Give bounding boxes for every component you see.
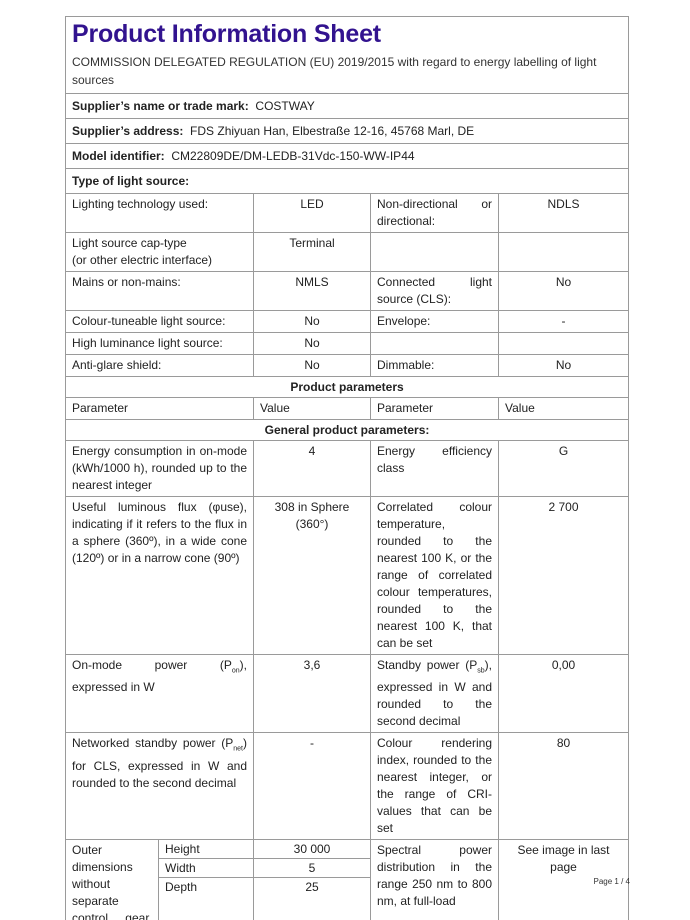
header-block: Product Information Sheet COMMISSION DEL…	[66, 17, 628, 94]
light-source-value: LED	[254, 194, 371, 233]
light-source-value: NMLS	[254, 272, 371, 311]
parameter-value: 3,6	[254, 655, 371, 733]
parameter-value: 4	[254, 441, 371, 497]
light-source-value: No	[254, 355, 371, 377]
supplier-name-value: COSTWAY	[255, 99, 314, 113]
light-source-table: Lighting technology used:LEDNon-directio…	[66, 194, 628, 377]
parameter-value: 308 in Sphere (360°)	[254, 497, 371, 655]
model-identifier-row: Model identifier: CM22809DE/DM-LEDB-31Vd…	[66, 144, 628, 169]
light-source-value: NDLS	[499, 194, 628, 233]
supplier-address-value: FDS Zhiyuan Han, Elbestraße 12-16, 45768…	[190, 124, 474, 138]
light-source-value: No	[254, 311, 371, 333]
model-identifier-value: CM22809DE/DM-LEDB-31Vdc-150-WW-IP44	[171, 149, 414, 163]
supplier-name-label: Supplier’s name or trade mark:	[72, 99, 249, 113]
regulation-subtitle: COMMISSION DELEGATED REGULATION (EU) 201…	[66, 49, 628, 93]
light-source-param: High luminance light source:	[66, 333, 254, 355]
light-source-param: Dimmable:	[371, 355, 499, 377]
dimension-name: Depth	[159, 878, 253, 920]
parameter-name: Correlated colour temperature, rounded t…	[371, 497, 499, 655]
dimension-names: HeightWidthDepth	[159, 840, 254, 920]
parameter-name: Networked standby power (Pnet) for CLS, …	[66, 733, 254, 840]
model-identifier-label: Model identifier:	[72, 149, 165, 163]
dimension-name: Height	[159, 840, 253, 859]
product-parameters-heading: Product parameters	[66, 377, 628, 398]
outer-dimensions-row: Outer dimensions without separate contro…	[66, 840, 628, 920]
supplier-name-row: Supplier’s name or trade mark: COSTWAY	[66, 94, 628, 119]
light-source-value: No	[499, 272, 628, 311]
light-source-param: Colour-tuneable light source:	[66, 311, 254, 333]
column-header: Parameter	[66, 398, 254, 420]
column-header: Value	[254, 398, 371, 420]
light-source-param	[371, 333, 499, 355]
parameter-name: Useful luminous flux (φuse), indicating …	[66, 497, 254, 655]
light-source-value: No	[254, 333, 371, 355]
light-source-value: No	[499, 355, 628, 377]
supplier-address-row: Supplier’s address: FDS Zhiyuan Han, Elb…	[66, 119, 628, 144]
general-parameters-heading: General product parameters:	[66, 420, 628, 441]
supplier-address-label: Supplier’s address:	[72, 124, 183, 138]
type-of-light-source-label: Type of light source:	[72, 174, 189, 188]
light-source-param: Connected light source (CLS):	[371, 272, 499, 311]
light-source-param: Lighting technology used:	[66, 194, 254, 233]
light-source-param: Anti-glare shield:	[66, 355, 254, 377]
dimension-values: 30 000525	[254, 840, 371, 920]
column-header: Value	[499, 398, 628, 420]
parameter-value: -	[254, 733, 371, 840]
parameter-value: G	[499, 441, 628, 497]
parameter-value: 0,00	[499, 655, 628, 733]
light-source-param: Light source cap-type (or other electric…	[66, 233, 254, 272]
light-source-param: Envelope:	[371, 311, 499, 333]
page-number: Page 1 / 4	[594, 877, 630, 886]
type-of-light-source-row: Type of light source:	[66, 169, 628, 194]
parameter-value: 80	[499, 733, 628, 840]
parameter-name: On-mode power (Pon), expressed in W	[66, 655, 254, 733]
parameter-value: 2 700	[499, 497, 628, 655]
outer-dimensions-label: Outer dimensions without separate contro…	[66, 840, 159, 920]
parameters-header-row: ParameterValueParameterValue	[66, 398, 628, 420]
parameter-name: Energy efficiency class	[371, 441, 499, 497]
light-source-value: -	[499, 311, 628, 333]
dimension-value: 5	[254, 859, 370, 878]
parameter-name: Colour rendering index, rounded to the n…	[371, 733, 499, 840]
dimension-value: 30 000	[254, 840, 370, 859]
dimension-value: 25	[254, 878, 370, 920]
light-source-param	[371, 233, 499, 272]
product-information-sheet: Product Information Sheet COMMISSION DEL…	[65, 16, 629, 920]
parameter-name: Standby power (Psb), expressed in W and …	[371, 655, 499, 733]
light-source-value: Terminal	[254, 233, 371, 272]
light-source-value	[499, 233, 628, 272]
spectral-distribution-label: Spectral power distribution in the range…	[371, 840, 499, 920]
parameter-name: Energy consumption in on-mode (kWh/1000 …	[66, 441, 254, 497]
dimension-name: Width	[159, 859, 253, 878]
light-source-value	[499, 333, 628, 355]
light-source-param: Mains or non-mains:	[66, 272, 254, 311]
light-source-param: Non-directional or directional:	[371, 194, 499, 233]
page-title: Product Information Sheet	[66, 17, 628, 49]
column-header: Parameter	[371, 398, 499, 420]
general-parameters-table: Energy consumption in on-mode (kWh/1000 …	[66, 441, 628, 840]
